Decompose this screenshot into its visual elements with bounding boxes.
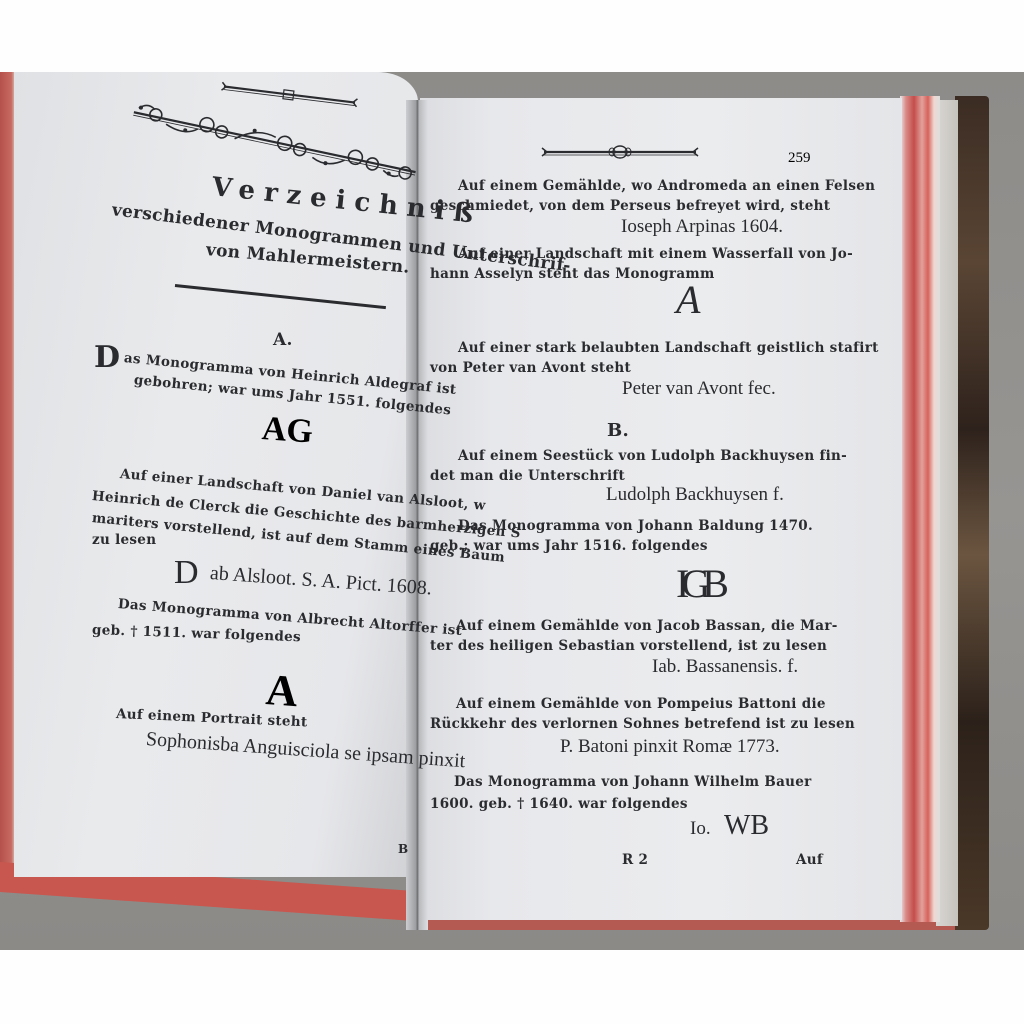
text-line: Rückkehr des verlornen Sohnes betrefend … — [430, 716, 855, 732]
signature-mark: R 2 — [622, 852, 648, 868]
monogram-ag: AG — [261, 410, 315, 451]
right-red-fore-edge — [900, 96, 940, 922]
signature-cap: D — [174, 554, 199, 592]
signature-mark: B — [398, 842, 408, 856]
drop-cap: D — [94, 340, 120, 375]
text-line: Auf einer Landschaft mit einem Wasserfal… — [458, 246, 853, 262]
text-line: Auf einem Gemählde, wo Andromeda an eine… — [458, 178, 875, 194]
text-line: 1600. geb. † 1640. war folgendes — [430, 796, 688, 812]
signature-text: Iab. Bassanensis. f. — [652, 656, 798, 678]
section-letter: A. — [273, 330, 293, 350]
text-line: Das Monogramma von Johann Baldung 1470. — [458, 518, 813, 534]
monogram-wb: WB — [724, 810, 769, 842]
signature-text: Ludolph Backhuysen f. — [606, 484, 784, 506]
text-line: Auf einem Seestück von Ludolph Backhuyse… — [458, 448, 847, 464]
text-line: geschmiedet, von dem Perseus befreyet wi… — [430, 198, 830, 214]
monogram-asselyn: A — [676, 276, 700, 323]
book-photo: Verzeichniß verschiedener Monogrammen un… — [0, 0, 1024, 1024]
text-line: Auf einem Gemählde von Jacob Bassan, die… — [456, 618, 838, 634]
signature-text: P. Batoni pinxit Romæ 1773. — [560, 736, 780, 758]
text-line: von Peter van Avont steht — [430, 360, 631, 376]
text-line: hann Asselyn steht das Monogramm — [430, 266, 715, 282]
signature-prefix: Io. — [690, 818, 711, 840]
catchword: Auf — [796, 852, 823, 868]
section-letter: B. — [607, 420, 629, 441]
monogram-igb: IGB — [676, 560, 721, 607]
signature-text: Ioseph Arpinas 1604. — [621, 216, 783, 238]
text-line: Auf einer stark belaubten Landschaft gei… — [458, 340, 879, 356]
text-line: zu lesen — [92, 532, 156, 548]
monogram-a: A — [264, 664, 299, 717]
text-line: det man die Unterschrift — [430, 468, 625, 484]
text-line: ter des heiligen Sebastian vorstellend, … — [430, 638, 827, 654]
text-line: Auf einem Gemählde von Pompeius Battoni … — [456, 696, 826, 712]
signature-text: Peter van Avont fec. — [622, 378, 776, 400]
right-cover-spine — [955, 96, 989, 930]
bar-ornament-icon — [540, 144, 700, 160]
text-line: Das Monogramma von Johann Wilhelm Bauer — [454, 774, 812, 790]
page-number: 259 — [788, 150, 811, 167]
text-line: geb.; war ums Jahr 1516. folgendes — [430, 538, 708, 554]
